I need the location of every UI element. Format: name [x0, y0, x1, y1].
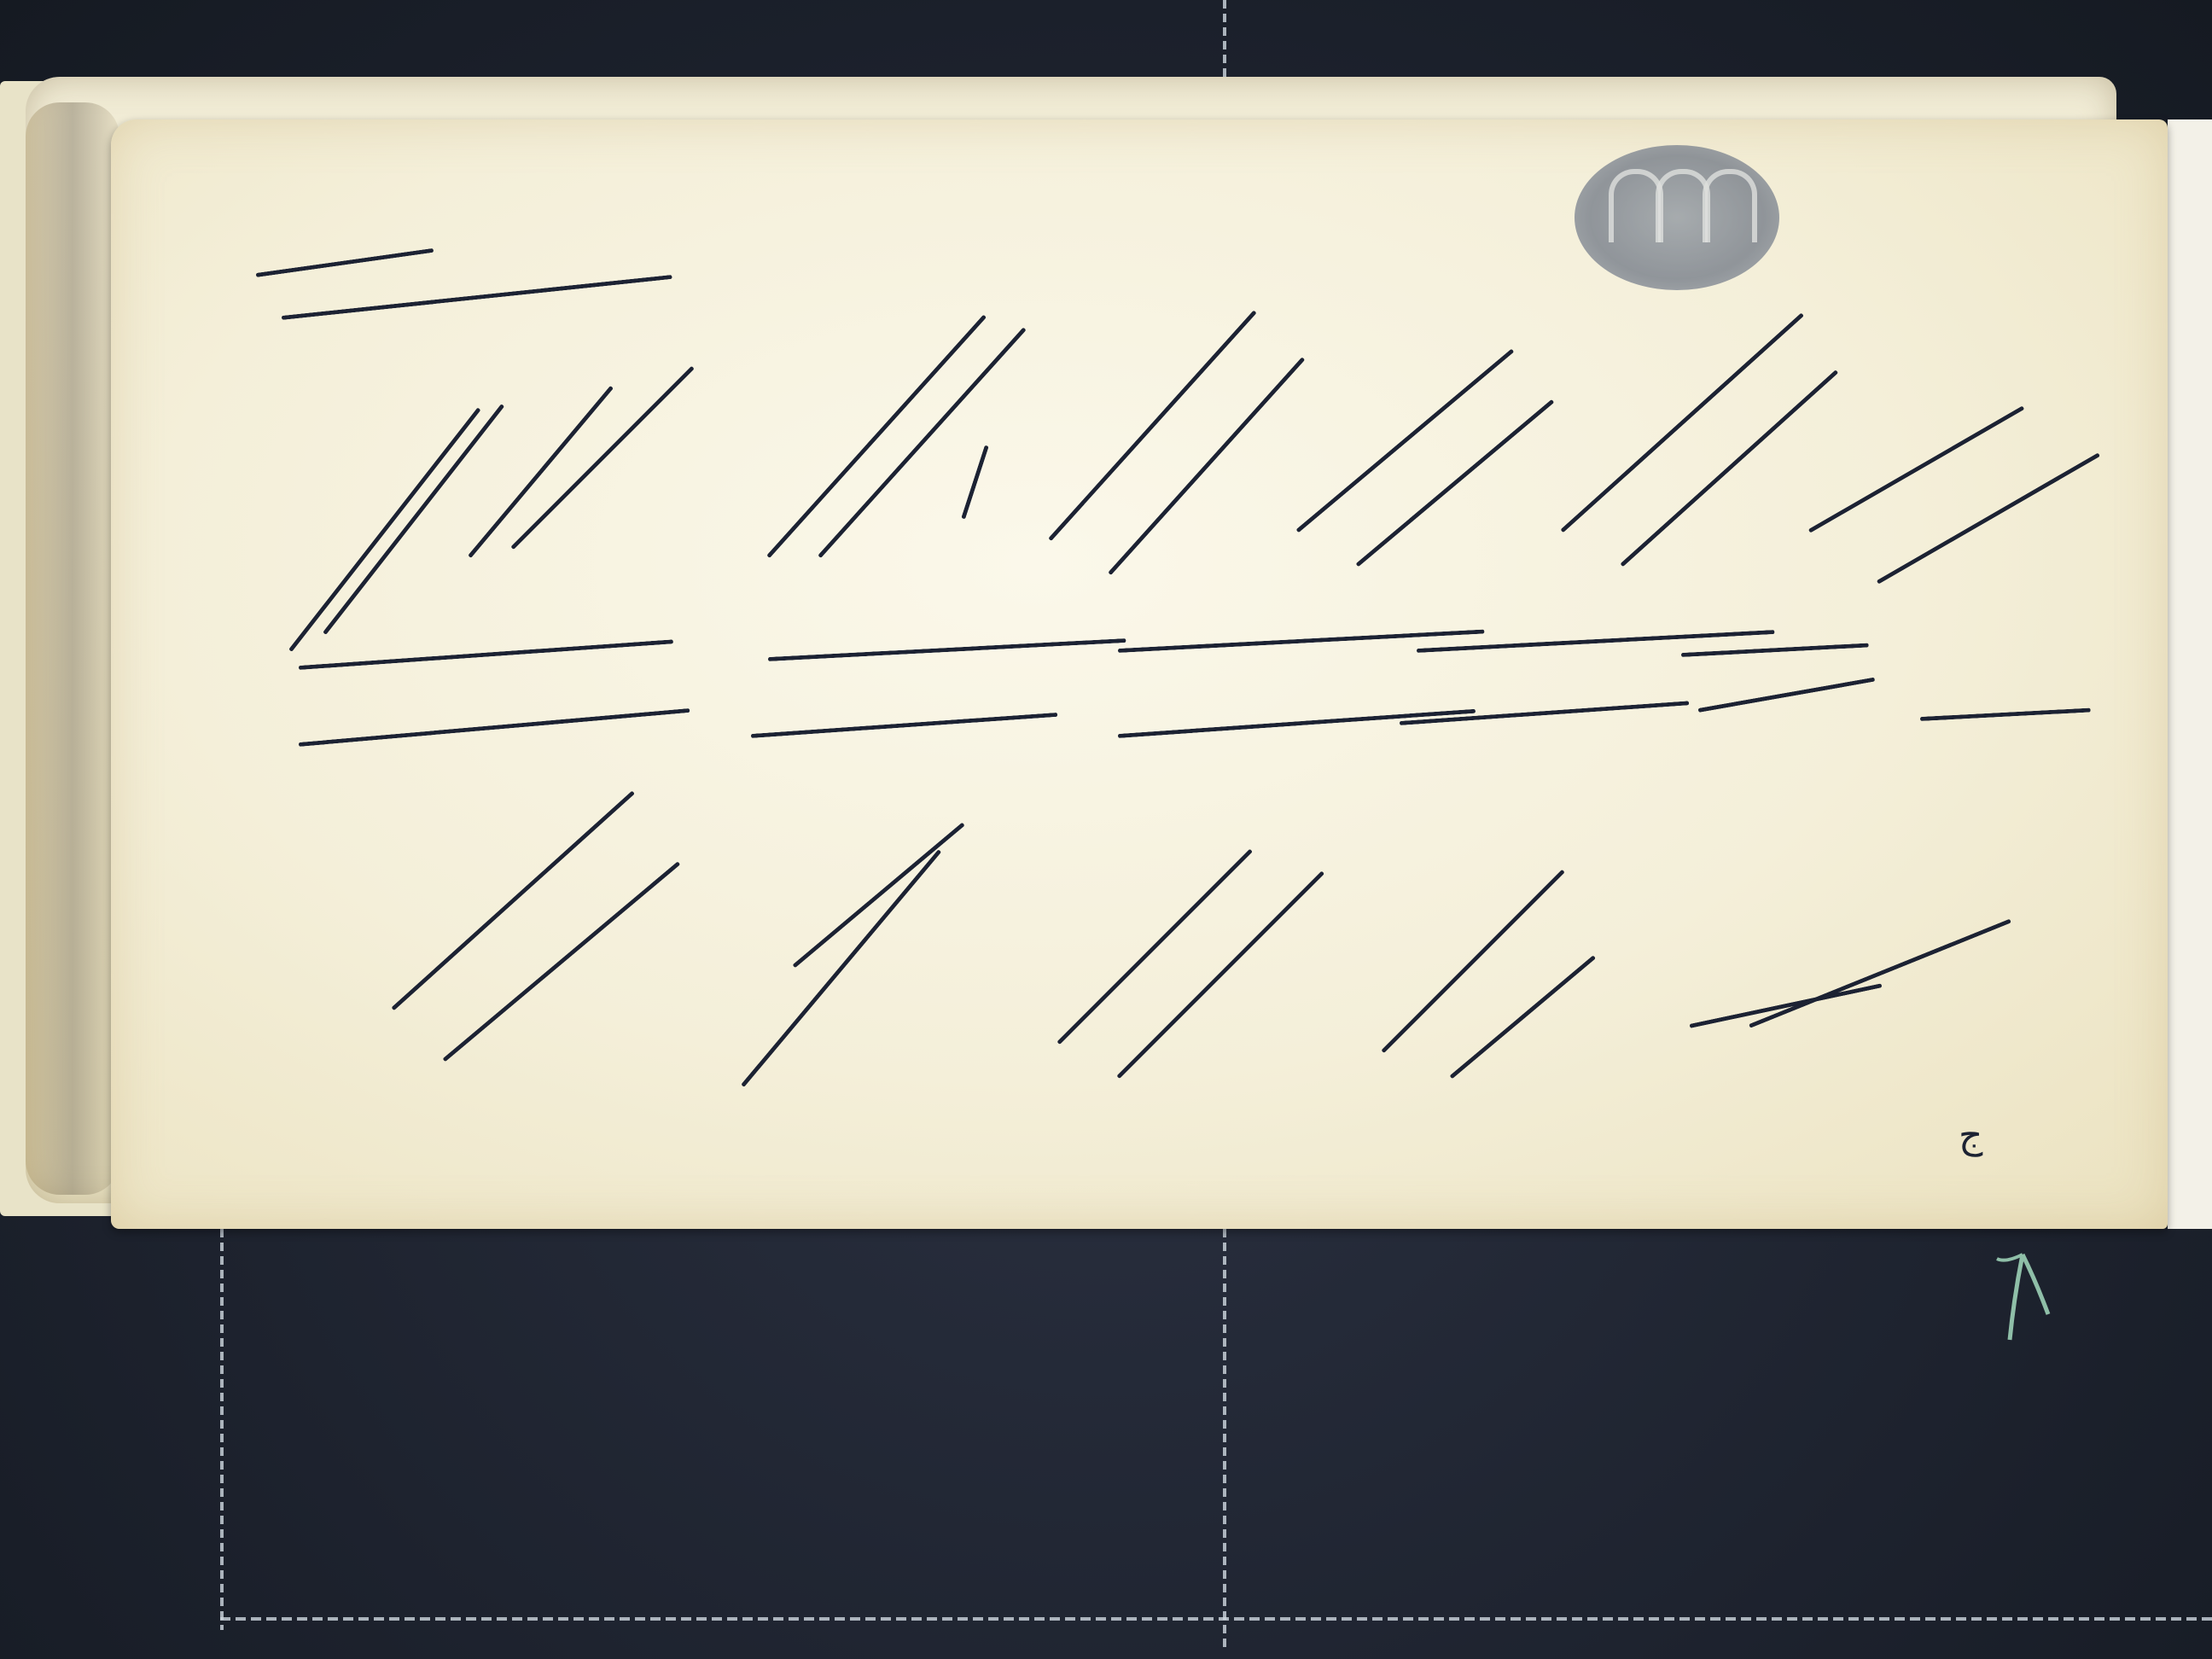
catchword: ج [1959, 1114, 1982, 1157]
plant-fiber [1988, 1246, 2065, 1348]
chalk-line-horizontal [220, 1617, 2212, 1621]
right-page-edge [2168, 119, 2212, 1229]
edge-stain [26, 102, 119, 1195]
chalk-line-vertical [220, 1229, 224, 1630]
seal-impression [1575, 145, 1779, 290]
manuscript-page [111, 119, 2168, 1229]
chalk-line-vertical [1223, 1229, 1226, 1647]
